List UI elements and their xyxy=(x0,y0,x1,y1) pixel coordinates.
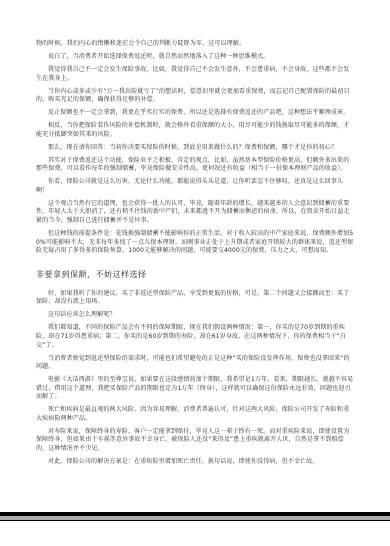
paragraph: 好，如果我听了你的建议，买了非返还型保险产品，享受到更低的价格，可是，第二个问题… xyxy=(36,290,354,307)
paragraph: 反正保额也不一定会拿到，我更在乎实打实的保费，所以还是选择有保费返还的产品吧，这… xyxy=(36,109,354,118)
paragraph: 我觉得我自己不一定会发生保险事故，比如，我觉得自己不会发生意外，不会患重病，不会… xyxy=(36,66,354,83)
paragraph: 我们都知道，不同的保险产品会有不同的保障期限，现在我们假设两种情况：第一，你买的… xyxy=(36,324,354,350)
document-body: 物的时候，我们内心的惰懒和迷茫会令自己的判断力陡降为零，这可以理解。 说白了，当… xyxy=(36,40,354,471)
paragraph: 你看，保险公司就是这么厉害，无论什么功能，都能说得头头是道，让你听罢忍不住够叹，… xyxy=(36,178,354,195)
paragraph: 死亡和疾病是最直观的两大风险，因为容易理解，消费者普遍认可，针对这两大风险，保险… xyxy=(36,406,354,423)
paragraph: 对寿险来说，保障终身的寿险，客户一定能拿到赔付，毕竟人这一辈子终有一死。而对重疾… xyxy=(36,428,354,454)
paragraph: 物的时候，我们内心的惰懒和迷茫会令自己的判断力陡降为零，这可以理解。 xyxy=(36,40,354,49)
paragraph: 这句话应该怎么理解呢？ xyxy=(36,311,354,320)
paragraph: 电影《大话西游》里的至尊宝说，如果要在这段感情前加个期限，我希望是1万年。看来，… xyxy=(36,376,354,402)
paragraph: 对此，保险公司的解决方案是：在重疾险里增加死亡责任。换句话说，即使你没得病，但不… xyxy=(36,458,354,467)
paragraph: 相反，当你把保险看作风险的补偿机制时，就会格外看重保额的大小，用尽可能少的钱换取… xyxy=(36,122,354,139)
paragraph: 说白了，当消费者开始选择保费返还时，就自然而然地落入了这种一种思维模式。 xyxy=(36,53,354,62)
paragraph: 但这种钱的前提条件是：花钱换强制储蓄不能影响你的正常生活，对于收入较高的中产家庭… xyxy=(36,230,354,256)
paragraph: 其实对于保费返还这个功能，保险业不乏积极、肯定的观点，比如，虽然基本型保险价格更… xyxy=(36,157,354,174)
section-title: 非要拿到保额，不妨这样选择 xyxy=(36,270,354,280)
paragraph: 当你内心或多或少有“万一我出险就亏了”的想法时，偿意识里就会更加看重保费，而忘记… xyxy=(36,88,354,105)
document-page: 物的时候，我们内心的惰懒和迷茫会令自己的判断力陡降为零，这可以理解。 说白了，当… xyxy=(0,0,390,512)
next-page-area xyxy=(0,521,390,546)
paragraph: 这个观点当然有它的道理，也会获得一批人的认可，毕竟，随着年龄的增长，越来越多的人… xyxy=(36,200,354,226)
paragraph: 那么，现在请你回答：当初你决要买保险的时候，到底是用来做什么的？保费和保额，哪个… xyxy=(36,144,354,153)
paragraph: 当消费者察觉到返还型保险的需求时，可能也们希望避免的正是这种“买的保险没发挥作用… xyxy=(36,355,354,372)
